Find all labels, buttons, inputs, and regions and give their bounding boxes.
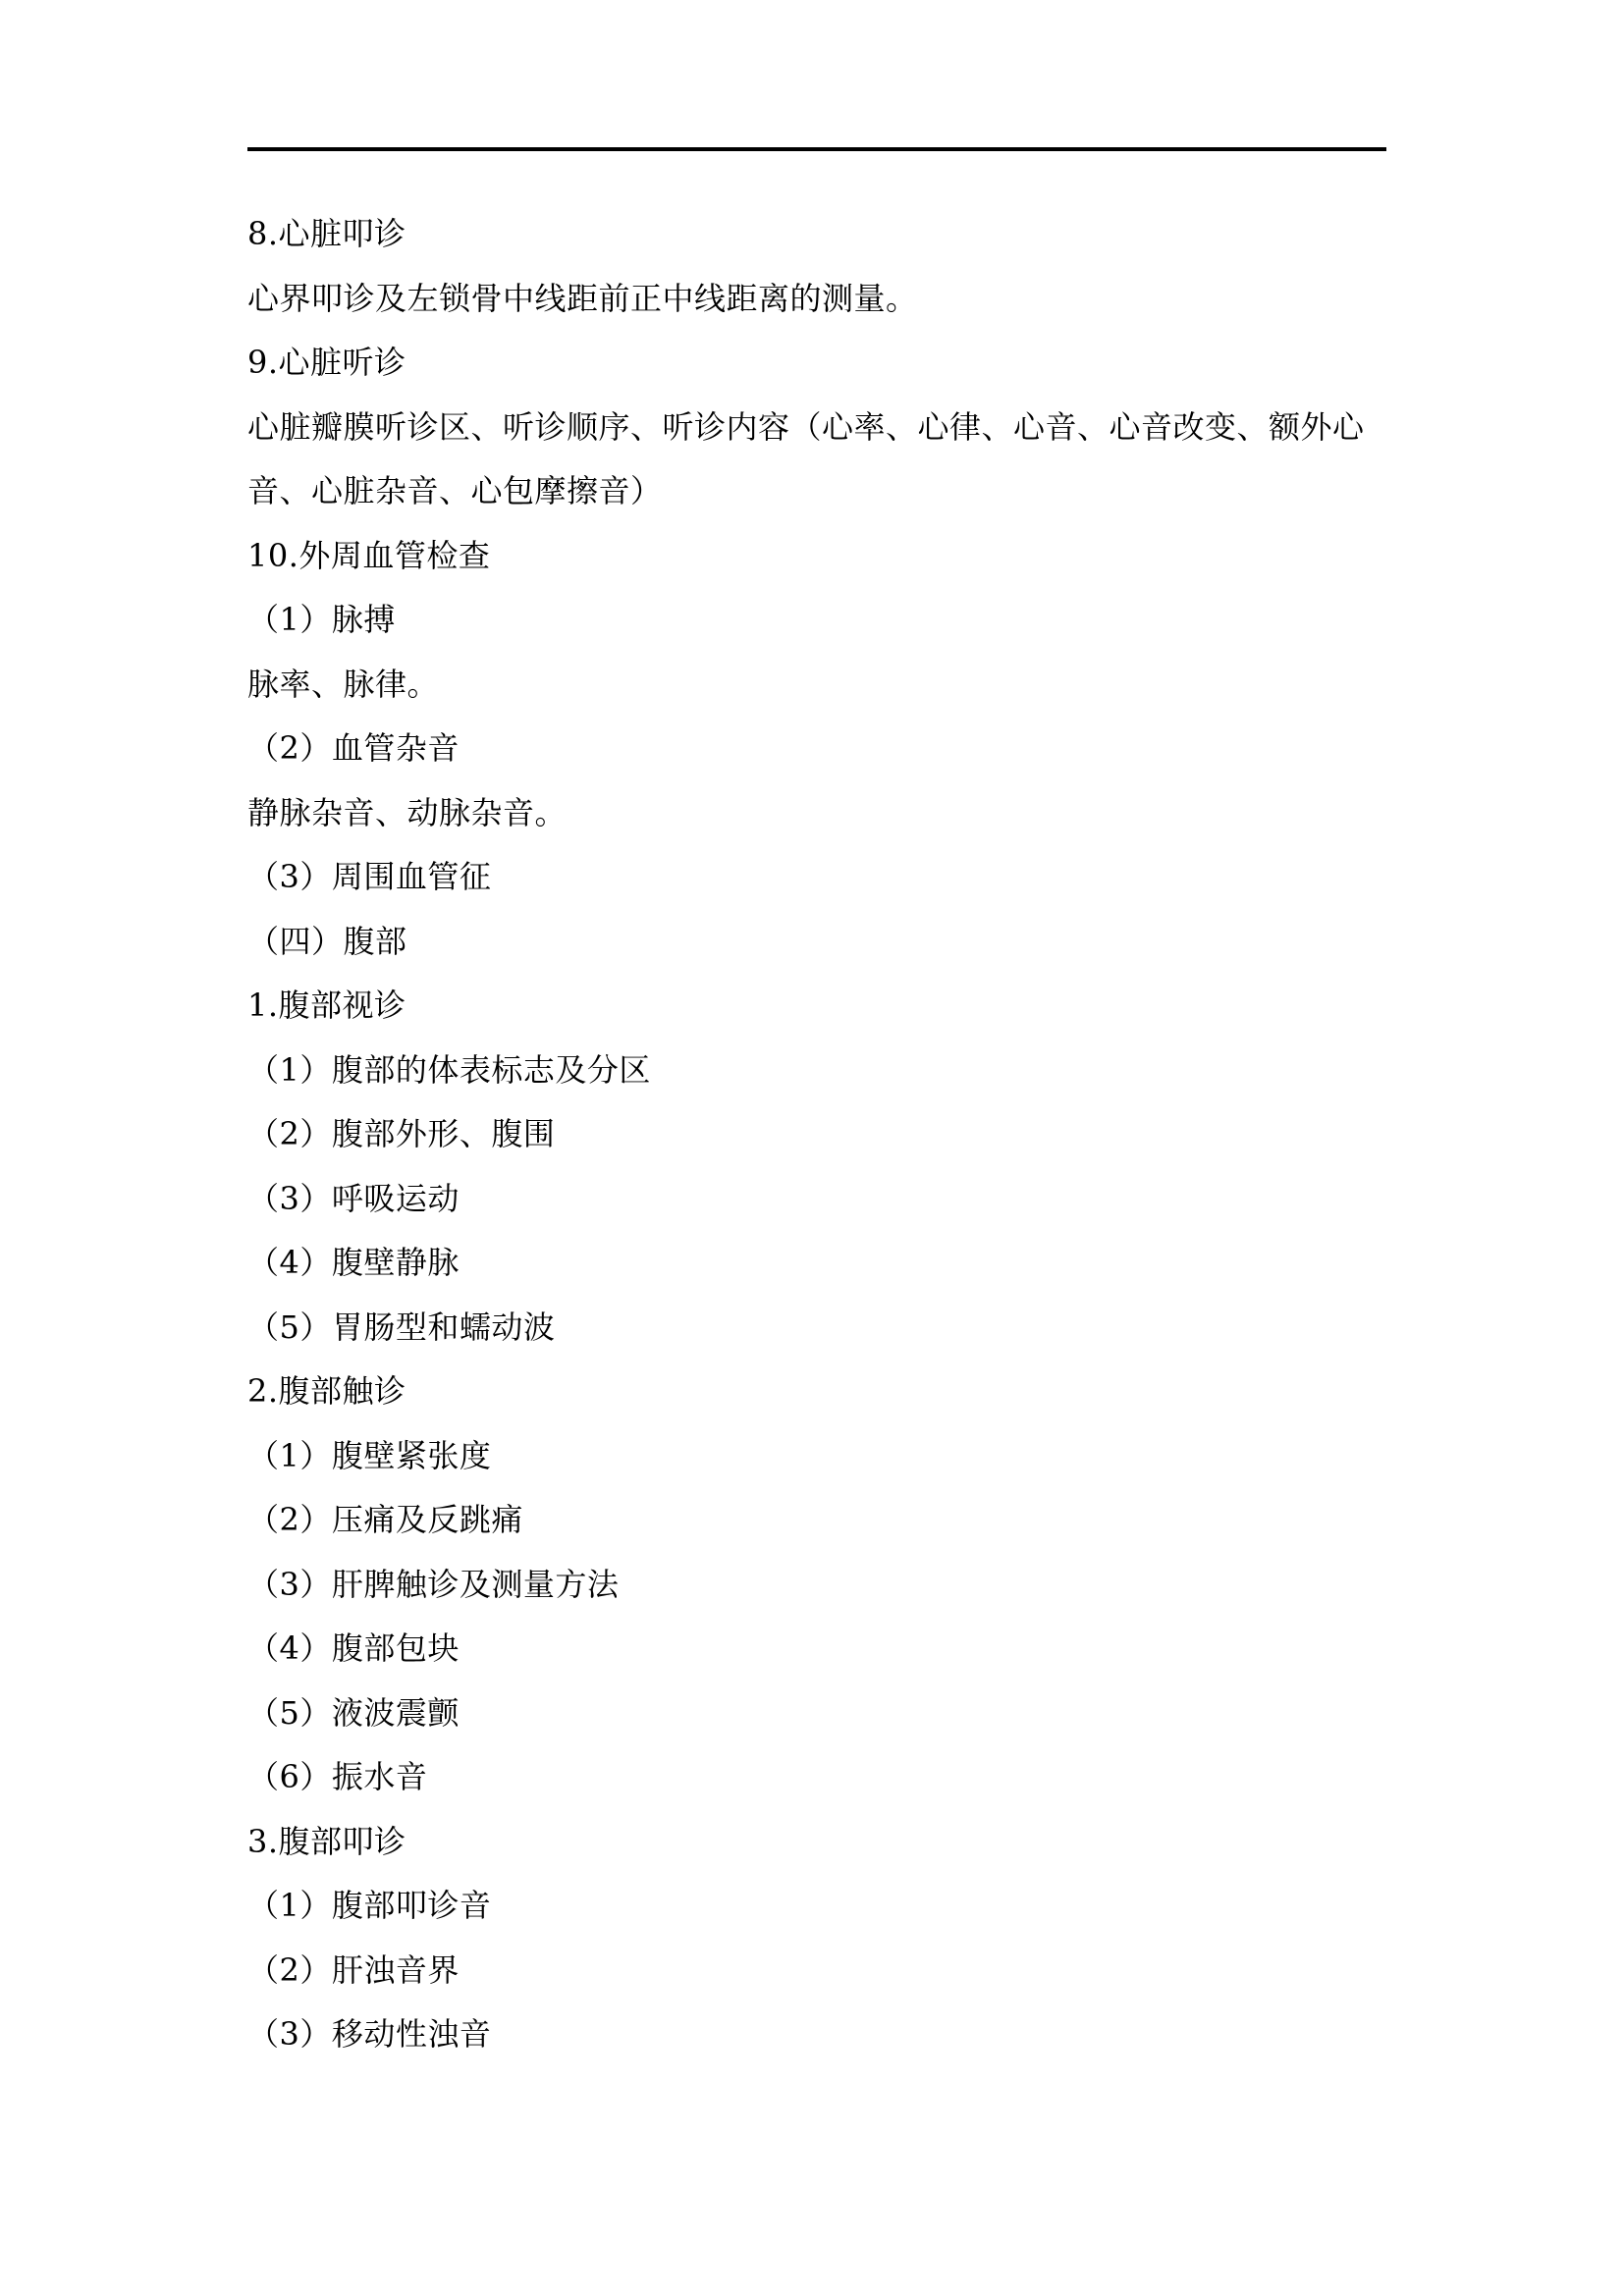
paragraph: 静脉杂音、动脉杂音。: [247, 781, 1386, 846]
document-body: 8.心脏叩诊 心界叩诊及左锁骨中线距前正中线距离的测量。 9.心脏听诊 心脏瓣膜…: [247, 202, 1386, 2067]
list-item: （5）液波震颤: [247, 1682, 1386, 1746]
list-item: （3）肝脾触诊及测量方法: [247, 1553, 1386, 1618]
heading-1-abdominal-inspection: 1.腹部视诊: [247, 974, 1386, 1039]
list-item: （2）压痛及反跳痛: [247, 1488, 1386, 1553]
heading-2-abdominal-palpation: 2.腹部触诊: [247, 1360, 1386, 1424]
list-item: （6）振水音: [247, 1745, 1386, 1810]
list-item: （2）血管杂音: [247, 717, 1386, 781]
list-item: （3）周围血管征: [247, 845, 1386, 910]
list-item: （3）移动性浊音: [247, 2002, 1386, 2067]
paragraph: 心脏瓣膜听诊区、听诊顺序、听诊内容（心率、心律、心音、心音改变、额外心: [247, 396, 1386, 460]
list-item: （1）腹壁紧张度: [247, 1424, 1386, 1489]
section-heading-abdomen: （四）腹部: [247, 910, 1386, 975]
list-item: （4）腹部包块: [247, 1617, 1386, 1682]
paragraph: 音、心脏杂音、心包摩擦音）: [247, 459, 1386, 524]
paragraph: 心界叩诊及左锁骨中线距前正中线距离的测量。: [247, 267, 1386, 332]
list-item: （2）肝浊音界: [247, 1939, 1386, 2003]
header-rule: [247, 147, 1386, 151]
list-item: （5）胃肠型和蠕动波: [247, 1296, 1386, 1361]
heading-3-abdominal-percussion: 3.腹部叩诊: [247, 1810, 1386, 1875]
list-item: （2）腹部外形、腹围: [247, 1102, 1386, 1167]
list-item: （1）脉搏: [247, 588, 1386, 653]
heading-8-cardiac-percussion: 8.心脏叩诊: [247, 202, 1386, 267]
paragraph: 脉率、脉律。: [247, 653, 1386, 718]
list-item: （1）腹部的体表标志及分区: [247, 1039, 1386, 1103]
list-item: （1）腹部叩诊音: [247, 1874, 1386, 1939]
list-item: （4）腹壁静脉: [247, 1231, 1386, 1296]
heading-10-peripheral-vascular: 10.外周血管检查: [247, 524, 1386, 589]
heading-9-cardiac-auscultation: 9.心脏听诊: [247, 331, 1386, 396]
list-item: （3）呼吸运动: [247, 1167, 1386, 1232]
